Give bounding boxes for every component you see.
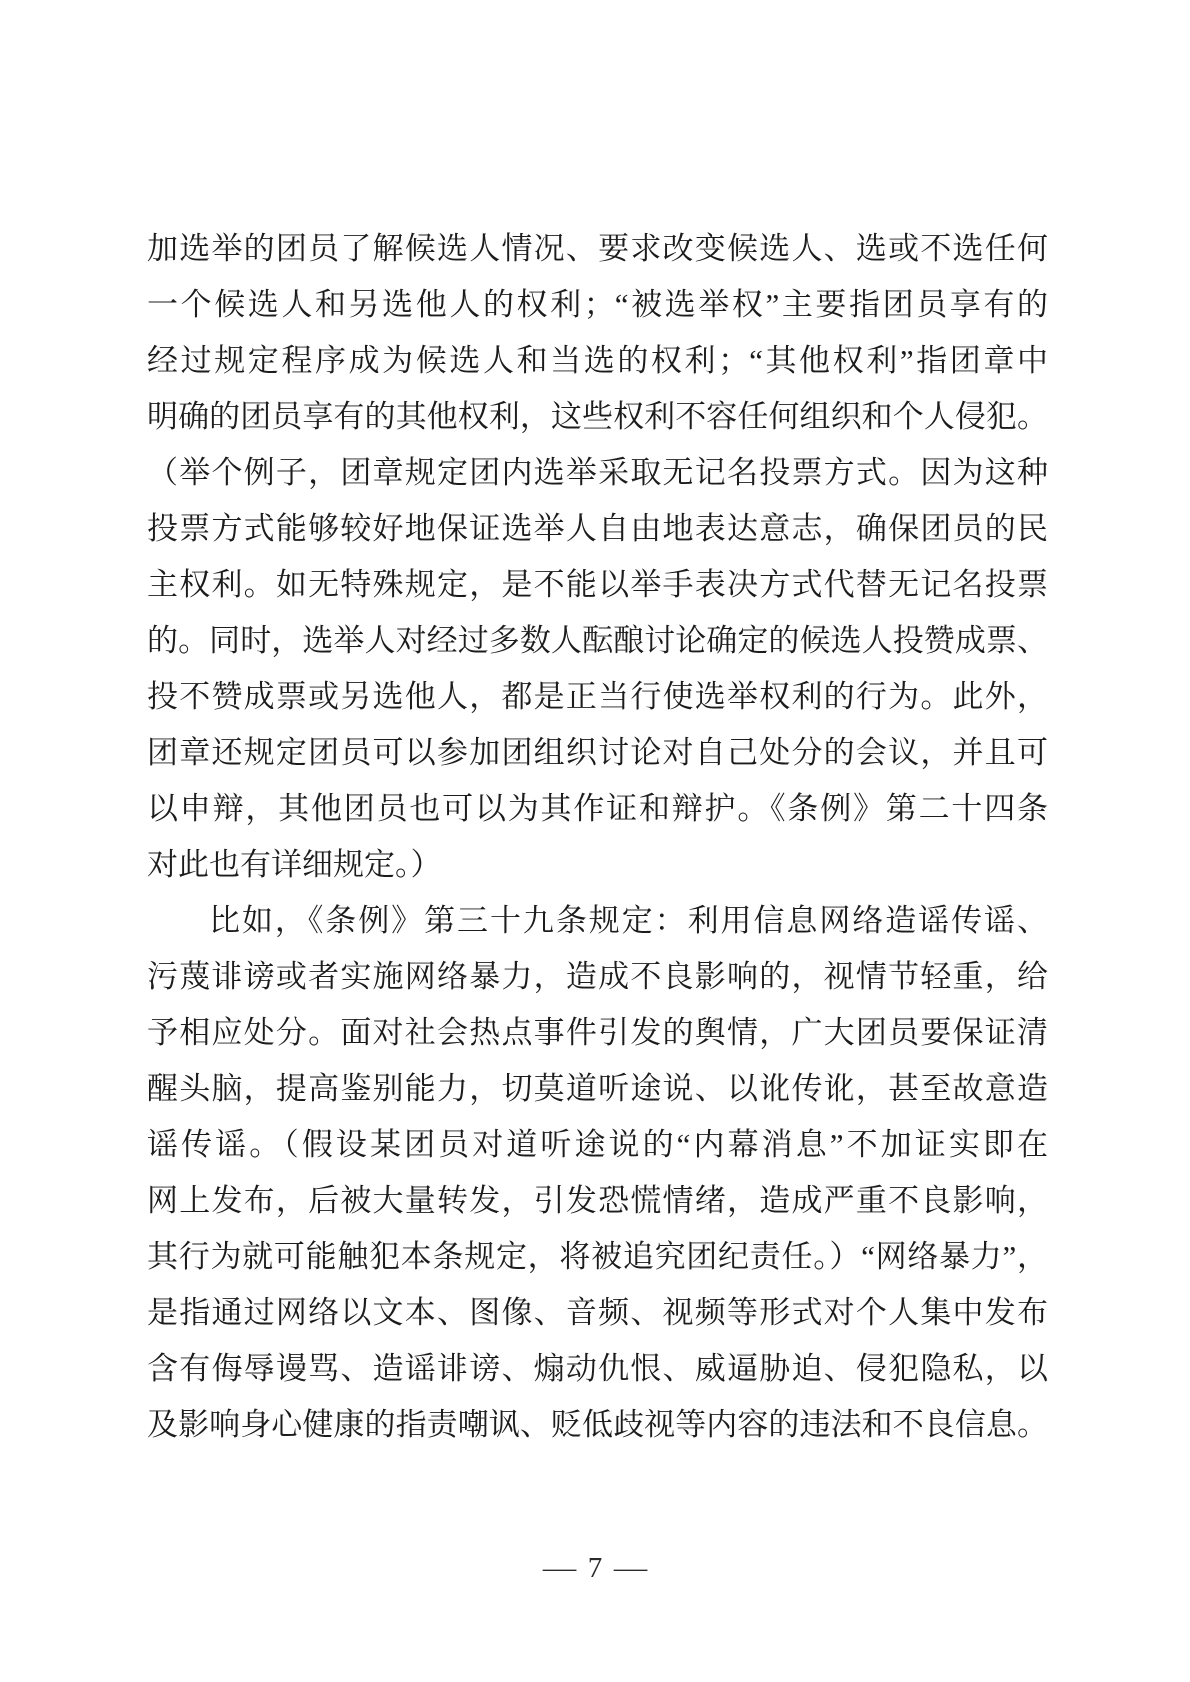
text-line: （举个例子，团章规定团内选举采取无记名投票方式。因为这种 <box>147 445 1048 501</box>
text-line: 对此也有详细规定。） <box>147 837 1048 893</box>
text-line: 主权利。如无特殊规定，是不能以举手表决方式代替无记名投票 <box>147 557 1048 613</box>
text-line: 明确的团员享有的其他权利，这些权利不容任何组织和个人侵犯。 <box>147 389 1048 445</box>
footer-left-dash: — <box>543 1552 576 1585</box>
document-page: 加选举的团员了解候选人情况、要求改变候选人、选或不选任何 一个候选人和另选他人的… <box>0 0 1190 1682</box>
text-line: 是指通过网络以文本、图像、音频、视频等形式对个人集中发布 <box>147 1285 1048 1341</box>
body-text: 加选举的团员了解候选人情况、要求改变候选人、选或不选任何 一个候选人和另选他人的… <box>147 221 1048 1453</box>
text-line: 团章还规定团员可以参加团组织讨论对自己处分的会议，并且可 <box>147 725 1048 781</box>
text-line: 予相应处分。面对社会热点事件引发的舆情，广大团员要保证清 <box>147 1005 1048 1061</box>
text-line: 加选举的团员了解候选人情况、要求改变候选人、选或不选任何 <box>147 221 1048 277</box>
text-line: 含有侮辱谩骂、造谣诽谤、煽动仇恨、威逼胁迫、侵犯隐私，以 <box>147 1341 1048 1397</box>
text-line: 污蔑诽谤或者实施网络暴力，造成不良影响的，视情节轻重，给 <box>147 949 1048 1005</box>
text-line: 网上发布，后被大量转发，引发恐慌情绪，造成严重不良影响， <box>147 1173 1048 1229</box>
text-line: 经过规定程序成为候选人和当选的权利；“其他权利”指团章中 <box>147 333 1048 389</box>
footer-right-dash: — <box>614 1552 647 1585</box>
text-line: 一个候选人和另选他人的权利；“被选举权”主要指团员享有的 <box>147 277 1048 333</box>
text-line: 醒头脑，提高鉴别能力，切莫道听途说、以讹传讹，甚至故意造 <box>147 1061 1048 1117</box>
page-number: 7 <box>588 1552 603 1585</box>
text-line: 的。同时，选举人对经过多数人酝酿讨论确定的候选人投赞成票、 <box>147 613 1048 669</box>
text-line: 以申辩，其他团员也可以为其作证和辩护。《条例》第二十四条 <box>147 781 1048 837</box>
text-line: 谣传谣。（假设某团员对道听途说的“内幕消息”不加证实即在 <box>147 1117 1048 1173</box>
text-line: 其行为就可能触犯本条规定，将被追究团纪责任。）“网络暴力”， <box>147 1229 1048 1285</box>
text-line: 投票方式能够较好地保证选举人自由地表达意志，确保团员的民 <box>147 501 1048 557</box>
text-line: 及影响身心健康的指责嘲讽、贬低歧视等内容的违法和不良信息。 <box>147 1397 1048 1453</box>
text-line: 投不赞成票或另选他人，都是正当行使选举权利的行为。此外， <box>147 669 1048 725</box>
text-line: 比如，《条例》第三十九条规定：利用信息网络造谣传谣、 <box>147 893 1048 949</box>
page-footer: — 7 — <box>0 1552 1190 1585</box>
